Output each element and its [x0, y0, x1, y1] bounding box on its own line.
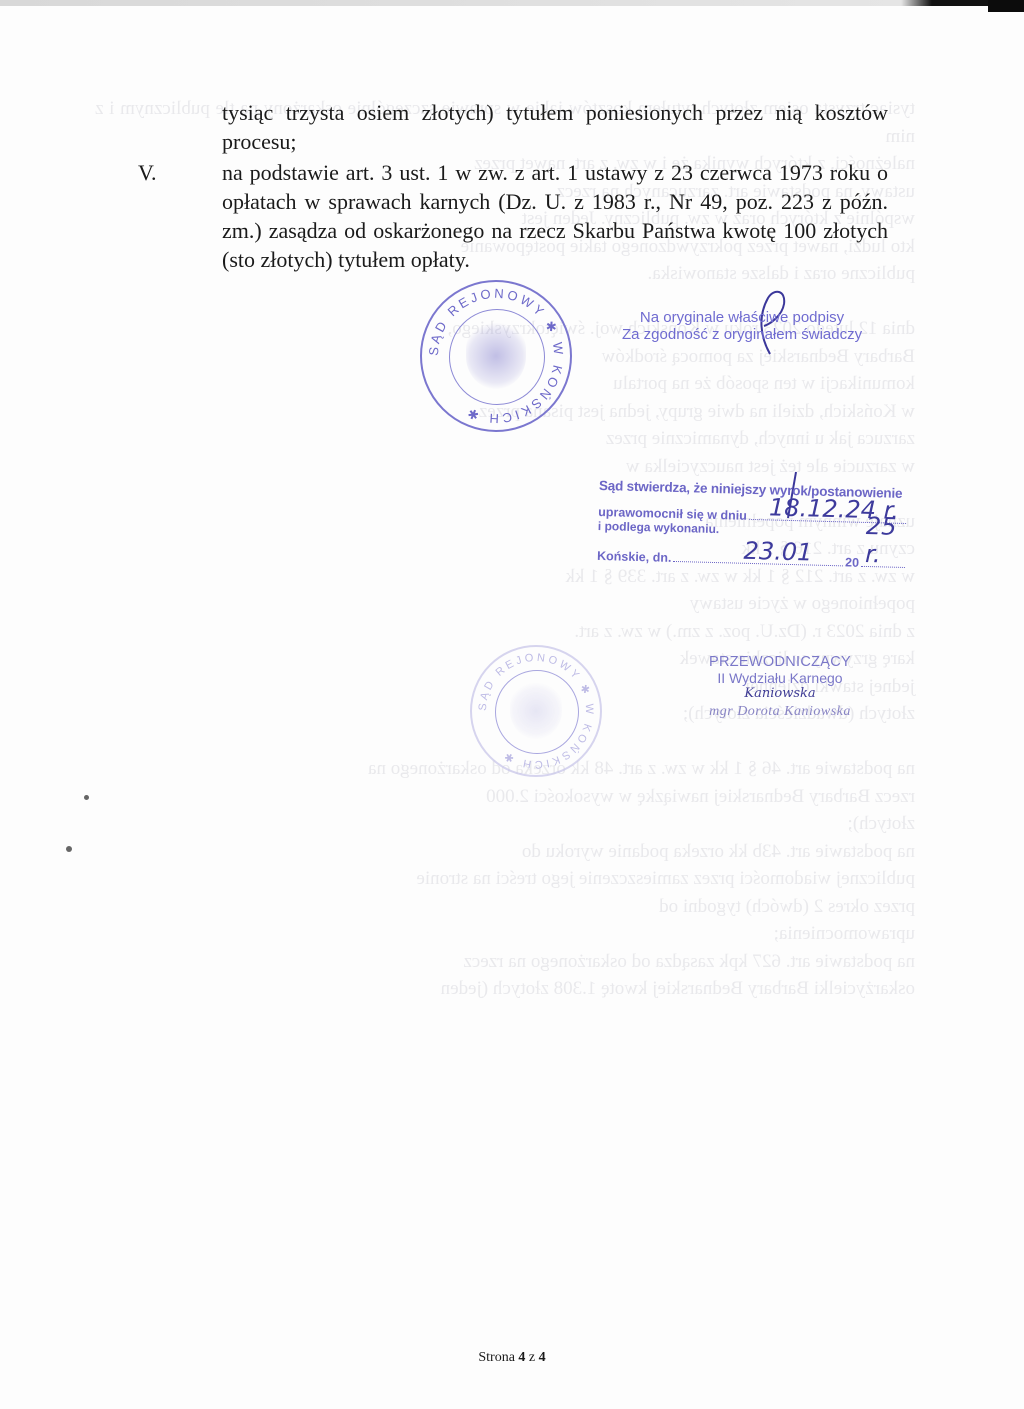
place-date-field: 23.01: [673, 561, 843, 566]
judge-name: mgr Dorota Kaniowska: [700, 704, 860, 720]
finality-stamp: Sąd stwierdza, że niniejszy wyrok/postan…: [597, 478, 909, 571]
certification-stamp: Na oryginale właściwe podpisy Za zgodnoś…: [622, 309, 862, 343]
place-date-label: Końskie, dn.: [597, 549, 672, 565]
certification-line-2: Za zgodność z oryginałem świadczy: [622, 326, 862, 343]
scan-edge-corner: [988, 0, 1024, 12]
eagle-emblem-icon: [466, 323, 525, 388]
presiding-department: II Wydziału Karnego: [700, 670, 860, 686]
page-separator: z: [529, 1350, 535, 1365]
scan-speck: [84, 795, 89, 800]
certification-line-1: Na oryginale właściwe podpisy: [622, 309, 862, 326]
court-seal-stamp: SĄD REJONOWY ✱ W KOŃSKICH ✱: [420, 280, 572, 432]
point-number: V.: [138, 158, 194, 274]
total-pages: 4: [539, 1350, 546, 1365]
year-prefix: 20: [845, 555, 859, 569]
svg-text:SĄD REJONOWY ✱ W KOŃSKICH ✱: SĄD REJONOWY ✱ W KOŃSKICH ✱: [426, 286, 567, 427]
scan-speck: [66, 846, 72, 852]
place-date-handwritten: 23.01: [743, 537, 812, 567]
year-handwritten: 25 r.: [865, 512, 906, 569]
judge-signature: Kaniowska: [700, 686, 860, 704]
verdict-point-v: V. na podstawie art. 3 ust. 1 w zw. z ar…: [138, 158, 888, 274]
presiding-judge-stamp: PRZEWODNICZĄCY II Wydziału Karnego Kanio…: [700, 654, 860, 720]
current-page: 4: [518, 1350, 525, 1365]
paragraph-text: tysiąc trzysta osiem złotych) tytułem po…: [222, 100, 888, 154]
year-field: 25 r.: [861, 566, 905, 568]
document-body: tysiąc trzysta osiem złotych) tytułem po…: [138, 98, 888, 274]
presiding-title: PRZEWODNICZĄCY: [700, 654, 860, 670]
court-seal-stamp-faint: SĄD REJONOWY ✱ W KOŃSKICH ✱: [470, 645, 602, 777]
seal-ring-text: SĄD REJONOWY ✱ W KOŃSKICH ✱: [472, 647, 600, 775]
seal-ring-text: SĄD REJONOWY ✱ W KOŃSKICH ✱: [422, 282, 570, 430]
page-label: Strona: [478, 1350, 515, 1365]
paragraph-text: na podstawie art. 3 ust. 1 w zw. z art. …: [194, 158, 888, 274]
svg-text:SĄD REJONOWY ✱ W KOŃSKICH ✱: SĄD REJONOWY ✱ W KOŃSKICH ✱: [477, 652, 595, 770]
scan-edge-top: [0, 0, 1024, 6]
page-footer: Strona 4 z 4: [0, 1350, 1024, 1366]
continuation-paragraph: tysiąc trzysta osiem złotych) tytułem po…: [138, 98, 888, 156]
eagle-emblem-icon: [510, 683, 561, 739]
